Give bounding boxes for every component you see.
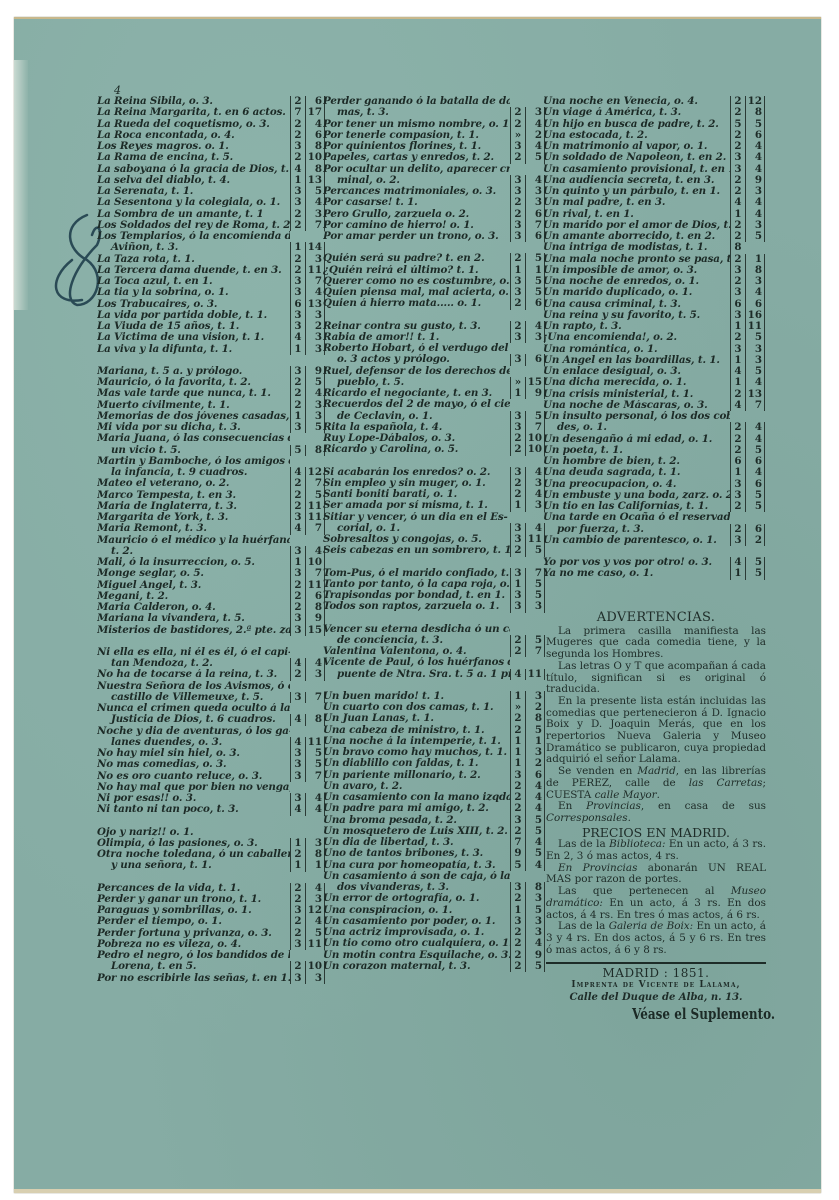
price-biblioteca: Las de la Biblioteca: En un acto, á 3 rs… — [546, 839, 766, 862]
men-count: 5 — [525, 848, 545, 859]
supplement-note: Véase el Suplemento. — [632, 1005, 775, 1023]
men-count: 3 — [525, 893, 545, 904]
letter-group-gap — [97, 872, 325, 883]
title-text: Recuerdos del 2 de mayo, ó el ciego — [323, 399, 510, 410]
list-item: Un embuste y una boda, zarz. o. 2.35 — [543, 490, 765, 501]
women-count: 3 — [290, 287, 305, 298]
title-text: Mi vida por su dicha, t. 3. — [97, 422, 290, 433]
title-text: Monge seglar, o. 5. — [97, 568, 290, 579]
list-item: La Sombra de un amante, t. 123 — [97, 209, 325, 220]
list-item-title-line: Maria Juana, ó las consecuencias de — [97, 433, 325, 444]
list-item: Monge seglar, o. 5.37 — [97, 568, 325, 579]
title-text: Seis cabezas en un sombrero, t. 1. — [323, 545, 510, 556]
title-text: Rabia de amor!! t. 1. — [323, 332, 510, 343]
notice-letters: Las letras O y T que acompañan á cada tí… — [546, 661, 766, 696]
men-count: 4 — [305, 916, 325, 927]
list-item: Una reina y su favorito, t. 5.316 — [543, 310, 765, 321]
list-item: Un viage á América, t. 3.28 — [543, 107, 765, 118]
notice-collection: En la presente lista están incluidas las… — [546, 696, 766, 766]
list-item: Un enlace desigual, o. 3.45 — [543, 366, 765, 377]
women-count: 2 — [290, 669, 305, 680]
notice-columns: La primera casilla manifiesta las Mugere… — [546, 626, 766, 661]
imprint-address: Calle del Duque de Alba, n. 13. — [546, 992, 766, 1004]
title-text: Un insulto personal, ó los dos cobar- — [543, 411, 730, 422]
title-text: Un motin contra Esquilache, o. 3. — [323, 950, 510, 961]
title-text: Mas vale tarde que nunca, t. 1. — [97, 388, 290, 399]
women-count: 3 — [290, 568, 305, 579]
text: Madrid — [637, 765, 675, 777]
list-item: Un casamiento provisional, t. en 1.34 — [543, 164, 765, 175]
title-text: Papeles, cartas y enredos, t. 2. — [323, 152, 510, 163]
list-item: Por amar perder un trono, o. 3.36 — [323, 231, 545, 242]
title-text: Un avaro, t. 2. — [323, 781, 510, 792]
list-item: La Rueda del coquetismo, o. 3.24 — [97, 119, 325, 130]
title-text: Una noche de enredos, o. 1. — [543, 276, 730, 287]
women-count: 3 — [290, 692, 305, 703]
list-item: Si acabarán los enredos? o. 2.34 — [323, 467, 545, 478]
list-item: Yo por vos y vos por otro! o. 3.45 — [543, 557, 765, 568]
title-text: Reinar contra su gusto, t. 3. — [323, 321, 510, 332]
list-item: No mas comedias, o. 3.35 — [97, 759, 325, 770]
title-text: La Rueda del coquetismo, o. 3. — [97, 119, 290, 130]
list-item: Una noche de enredos, o. 1.23 — [543, 276, 765, 287]
men-count: 7 — [305, 568, 325, 579]
list-item: Por tenerle compasion, t. 1.»2 — [323, 130, 545, 141]
list-item: Una conspiracion, o. 1.15 — [323, 905, 545, 916]
list-item: Tom-Pus, ó el marido confiado, t. 1.37 — [323, 568, 545, 579]
title-text: Perder fortuna y privanza, o. 3. — [97, 928, 290, 939]
list-item: Un pariente millonario, t. 2.36 — [323, 770, 545, 781]
men-count: 4 — [305, 804, 325, 815]
title-text: puente de Ntra. Sra. t. 5 a. 1 pról. — [323, 669, 510, 680]
women-count: 1 — [290, 860, 305, 871]
title-text: Pedro el negro, ó los bandidos de la — [97, 950, 290, 961]
price-museo: Las que pertenecen al Museo dramático: E… — [546, 886, 766, 921]
men-count: 10 — [525, 444, 545, 455]
title-text: Mateo el veterano, o. 2. — [97, 478, 290, 489]
list-item: Una audiencia secreta, t. en 3.29 — [543, 175, 765, 186]
men-count: 9 — [305, 613, 325, 624]
men-count: 8 — [745, 107, 765, 118]
text: . — [628, 812, 631, 824]
list-item: Un mosquetero de Luis XIII, t. 2.25 — [323, 826, 545, 837]
list-item: Los Soldados del rey de Roma, t. 2.27 — [97, 220, 325, 231]
title-text: Una intriga de modistas, t. 1. — [543, 242, 730, 253]
title-text: Quien piensa mal, mal acierta, o. 3. — [323, 287, 510, 298]
list-item: Miguel Angel, t. 3.211 — [97, 580, 325, 591]
title-text: La selva del diablo, t. 4. — [97, 175, 290, 186]
women-count: 4 — [730, 400, 745, 411]
title-text: lanes duendes, o. 3. — [97, 737, 290, 748]
title-text: Querer como no es costumbre, o. 4. — [323, 276, 510, 287]
list-item: Un tio como otro cualquiera, o. 1.24 — [323, 938, 545, 949]
women-count: 4 — [730, 197, 745, 208]
title-text: Un casamiento con la mano izqda. t. 2 — [323, 792, 510, 803]
list-item: La Serenata, t. 1.35 — [97, 186, 325, 197]
list-item: No ha de tocarse á la reina, t. 3.23 — [97, 669, 325, 680]
men-count: 5 — [745, 501, 765, 512]
list-item: Uno de tantos bribones, t. 3.95 — [323, 848, 545, 859]
women-count: 2 — [730, 332, 745, 343]
title-text: Un tio en las Californias, t. 1. — [543, 501, 730, 512]
list-item-title-line: Nunca el crimen queda oculto á la — [97, 703, 325, 714]
list-item: castillo de Villemeuxe, t. 5.37 — [97, 692, 325, 703]
letter-group-gap — [543, 546, 765, 557]
title-text: Sin empleo y sin muger, o. 1. — [323, 478, 510, 489]
list-item: Un padre para mi amigo, t. 2.24 — [323, 803, 545, 814]
list-item: Ya no me caso, o. 1.15 — [543, 568, 765, 579]
list-item: Un hijo en busca de padre, t. 2.55 — [543, 119, 765, 130]
title-text: Un bravo como hay muchos, t. 1. — [323, 747, 510, 758]
women-count: 2 — [510, 938, 525, 949]
title-text: Por no escribirle las señas, t. en 1. — [97, 973, 290, 984]
title-text: Aviñon, t. 3. — [97, 242, 290, 253]
title-text: Una audiencia secreta, t. en 3. — [543, 175, 730, 186]
title-text: t. 2. — [97, 546, 290, 557]
text: . — [657, 789, 660, 801]
title-text: Un rapto, t. 3. — [543, 321, 730, 332]
list-item: Pobreza no es vileza, o. 4.311 — [97, 939, 325, 950]
list-item: Un cuarto con dos camas, t. 1.»2 — [323, 702, 545, 713]
women-count: 2 — [730, 501, 745, 512]
title-text: Un cuarto con dos camas, t. 1. — [323, 702, 510, 713]
list-item: La Sesentona y la colegiala, o. 1.34 — [97, 197, 325, 208]
list-item: La tia y la sobrina, o. 1.34 — [97, 287, 325, 298]
women-count: 5 — [290, 445, 305, 456]
title-text: Por tenerle compasion, t. 1. — [323, 130, 510, 141]
title-text: Santi boniti barati, o. 1. — [323, 489, 510, 500]
title-text: No mas comedias, o. 3. — [97, 759, 290, 770]
list-item: Misterios de bastidores, 2.ª pte. zar. 1… — [97, 625, 325, 636]
notice-provinces-sales: En Provincias, en casa de sus Correspons… — [546, 801, 766, 824]
women-count: 4 — [290, 332, 305, 343]
women-count: 2 — [510, 298, 525, 309]
list-item: Perder fortuna y privanza, o. 3.25 — [97, 928, 325, 939]
men-count: 3 — [305, 344, 325, 355]
list-item: Un desengaño á mi edad, o. 1.24 — [543, 434, 765, 445]
title-text: corial, o. 1. — [323, 523, 510, 534]
text: Corresponsales — [546, 812, 628, 824]
list-item: Margarita de York, t. 3.311 — [97, 512, 325, 523]
list-item: pueblo, t. 5.»15 — [323, 377, 545, 388]
title-text: mas, t. 3. — [323, 107, 510, 118]
title-text: Maria Juana, ó las consecuencias de — [97, 433, 290, 444]
list-item: Un Angel en las boardillas, t. 1.13 — [543, 355, 765, 366]
list-item: La Toca azul, t. en 1.37 — [97, 276, 325, 287]
women-count: 1 — [510, 388, 525, 399]
women-count: 3 — [730, 287, 745, 298]
list-item-title-line: Vicente de Paul, ó los huérfanos del — [323, 657, 545, 668]
text: Las de la — [558, 838, 609, 850]
advertencias-heading: ADVERTENCIAS. — [546, 612, 766, 624]
title-text: Una cura por homeopatía, t. 3. — [323, 860, 510, 871]
title-text: Uno de tantos bribones, t. 3. — [323, 848, 510, 859]
men-count: 4 — [305, 388, 325, 399]
title-text: Un embuste y una boda, zarz. o. 2. — [543, 490, 730, 501]
title-text: Un error de ortografía, o. 1. — [323, 893, 510, 904]
title-text: Un casamiento á son de caja, ó las — [323, 871, 510, 882]
list-item: Memorias de dos jóvenes casadas, t. 113 — [97, 411, 325, 422]
list-item: Un amante aborrecido, t. en 2.25 — [543, 231, 765, 242]
list-item: Rabia de amor!! t. 1.33 — [323, 332, 545, 343]
list-item: Quien piensa mal, mal acierta, o. 3.35 — [323, 287, 545, 298]
title-text: La Viuda de 15 años, t. 1. — [97, 321, 290, 332]
men-count: 6 — [525, 231, 545, 242]
list-item: Una mala noche pronto se pasa, t. 121 — [543, 254, 765, 265]
women-count: 4 — [510, 669, 525, 680]
list-item: des, o. 1.24 — [543, 422, 765, 433]
list-item-title-line: Una tarde en Ocaña ó el reservado — [543, 512, 765, 523]
list-item-title-line: Mauricio ó el médico y la huérfana, — [97, 535, 325, 546]
women-count: 8 — [730, 242, 745, 253]
title-text: Perder ganando ó la batalla de da- — [323, 96, 510, 107]
title-text: Una tarde en Ocaña ó el reservado — [543, 512, 730, 523]
title-text: Maria Calderon, o. 4. — [97, 602, 290, 613]
women-count: 2 — [290, 220, 305, 231]
title-text: Sitiar y vencer, ó un dia en el Es- — [323, 512, 510, 523]
title-text: Percances matrimoniales, o. 3. — [323, 186, 510, 197]
men-count: 8 — [525, 713, 545, 724]
title-text: No ha de tocarse á la reina, t. 3. — [97, 669, 290, 680]
title-text: La Reina Sibila, o. 3. — [97, 96, 290, 107]
list-item: La Roca encontada, o. 4.26 — [97, 130, 325, 141]
men-count: 2 — [525, 758, 545, 769]
title-text: Martin y Bamboche, ó los amigos de — [97, 456, 290, 467]
title-text: Perder y ganar un trono, t. 1. — [97, 894, 290, 905]
women-count: 2 — [510, 646, 525, 657]
men-count: 5 — [745, 231, 765, 242]
title-text: Una crisis ministerial, t. 1. — [543, 389, 730, 400]
men-count: 7 — [525, 646, 545, 657]
price-provinces: En Provincias abonarán UN REAL MAS por r… — [546, 863, 766, 886]
title-text: de Ceclavin, o. 1. — [323, 411, 510, 422]
title-text: Un enlace desigual, o. 3. — [543, 366, 730, 377]
price-galeria: Las de la Galeria de Boix: En un acto, á… — [546, 921, 766, 956]
women-count: 4 — [290, 804, 305, 815]
title-text: Por amar perder un trono, o. 3. — [323, 231, 510, 242]
title-text: Paraguas y sombrillas, o. 1. — [97, 905, 290, 916]
list-item: Reinar contra su gusto, t. 3.24 — [323, 321, 545, 332]
list-item: Olimpia, ó las pasiones, o. 3.13 — [97, 838, 325, 849]
list-item: La vida por partida doble, t. 1.33 — [97, 310, 325, 321]
title-text: Un marido por el amor de Dios, t. 1. — [543, 220, 730, 231]
title-text: Un mal padre, t. en 3. — [543, 197, 730, 208]
list-item-title-line: Noche y dia de aventuras, ó los ga- — [97, 726, 325, 737]
title-text: Un dia de libertad, t. 3. — [323, 837, 510, 848]
list-item: Un imposible de amor, o. 3.38 — [543, 265, 765, 276]
title-text: La Sesentona y la colegiala, o. 1. — [97, 197, 290, 208]
title-text: La Rama de encina, t. 5. — [97, 152, 290, 163]
list-item: corial, o. 1.34 — [323, 523, 545, 534]
men-count: 7 — [305, 220, 325, 231]
list-item: Mas vale tarde que nunca, t. 1.24 — [97, 388, 325, 399]
title-text: Una noche de Máscaras, o. 3. — [543, 400, 730, 411]
women-count: 3 — [290, 613, 305, 624]
women-count: 2 — [510, 545, 525, 556]
title-text: minal, o. 2. — [323, 175, 510, 186]
list-item: Un soldado de Napoleon, t. en 2.34 — [543, 152, 765, 163]
title-text: Un rival, t. en 1. — [543, 209, 730, 220]
text: En — [558, 800, 586, 812]
women-count: 2 — [510, 197, 525, 208]
women-count: 2 — [290, 478, 305, 489]
title-text: Quien á hierro mata..... o. 1. — [323, 298, 510, 309]
women-count: 2 — [510, 253, 525, 264]
title-text: y una señora, t. 1. — [97, 860, 290, 871]
title-text: Memorias de dos jóvenes casadas, t. 1 — [97, 411, 290, 422]
title-text: La Reina Margarita, t. en 6 actos. — [97, 107, 290, 118]
list-item: No hay miel sin hiel, o. 3.35 — [97, 748, 325, 759]
list-item: Ruy Lope-Dábalos, o. 3.210 — [323, 433, 545, 444]
list-item-title-line: Nuestra Señora de los Avismos, ó el — [97, 681, 325, 692]
list-item: Por tener un mismo nombre, o. 1.24 — [323, 119, 545, 130]
letter-group-gap — [323, 456, 545, 467]
list-item: La Viuda de 15 años, t. 1.32 — [97, 321, 325, 332]
men-count: 7 — [305, 523, 325, 534]
list-item: Una romántica, o. 1.33 — [543, 344, 765, 355]
title-column-2: Perder ganando ó la batalla de da-mas, t… — [323, 96, 545, 972]
list-item: minal, o. 2.34 — [323, 175, 545, 186]
list-item: Un motin contra Esquilache, o. 3.29 — [323, 950, 545, 961]
letter-group-gap — [97, 636, 325, 647]
text: Provincias — [586, 800, 641, 812]
men-count: 7 — [305, 771, 325, 782]
list-item: Un dia de libertad, t. 3.74 — [323, 837, 545, 848]
list-item: La Reina Margarita, t. en 6 actos.717 — [97, 107, 325, 118]
title-text: Sobresaltos y congojas, o. 5. — [323, 534, 510, 545]
women-count: 3 — [510, 332, 525, 343]
list-item: Por casarse! t. 1.23 — [323, 197, 545, 208]
title-text: Por casarse! t. 1. — [323, 197, 510, 208]
title-text: Tom-Pus, ó el marido confiado, t. 1. — [323, 568, 510, 579]
men-count: 14 — [305, 242, 325, 253]
women-count: 2 — [510, 444, 525, 455]
list-item-title-line: Ni ella es ella, ni él es él, ó el capi- — [97, 647, 325, 658]
men-count: 17 — [305, 107, 325, 118]
men-count: 3 — [305, 973, 325, 984]
title-text: Maria Remont, t. 3. — [97, 523, 290, 534]
letter-group-gap — [323, 680, 545, 691]
list-item: Una causa criminal, t. 3.66 — [543, 299, 765, 310]
list-item: Una intriga de modistas, t. 1.8 — [543, 242, 765, 253]
precios-heading: PRECIOS EN MADRID. — [546, 827, 766, 839]
men-count: 5 — [525, 152, 545, 163]
women-count: 3 — [290, 197, 305, 208]
title-text: Otra noche toledana, ó un caballero — [97, 849, 290, 860]
title-text: Un pariente millonario, t. 2. — [323, 770, 510, 781]
title-text: Un Angel en las boardillas, t. 1. — [543, 355, 730, 366]
title-text: Olimpia, ó las pasiones, o. 3. — [97, 838, 290, 849]
women-count: 1 — [730, 377, 745, 388]
women-count: 3 — [510, 354, 525, 365]
list-item: Ricardo y Carolina, o. 5.210 — [323, 444, 545, 455]
list-item: Otra noche toledana, ó un caballero28 — [97, 849, 325, 860]
list-item: Un casamiento con la mano izqda. t. 224 — [323, 792, 545, 803]
list-item: Sobresaltos y congojas, o. 5.311 — [323, 534, 545, 545]
title-text: Justicia de Dios, t. 6 cuadros. — [97, 714, 290, 725]
list-item: La viva y la difunta, t. 1.13 — [97, 344, 325, 355]
list-item: Justicia de Dios, t. 6 cuadros.48 — [97, 714, 325, 725]
title-text: No es oro cuanto reluce, o. 3. — [97, 771, 290, 782]
title-text: Un amante aborrecido, t. en 2. — [543, 231, 730, 242]
list-item: Mariana la vivandera, t. 5.39 — [97, 613, 325, 624]
title-text: Yo por vos y vos por otro! o. 3. — [543, 557, 730, 568]
list-item: Un matrimonio al vapor, o. 1.24 — [543, 141, 765, 152]
list-item: Los Trabucaires, o. 3.613 — [97, 299, 325, 310]
women-count: 2 — [510, 152, 525, 163]
men-count: 5 — [745, 568, 765, 579]
list-item: Mali, ó la insurreccion, o. 5.110 — [97, 557, 325, 568]
title-text: La Victima de una vision, t. 1. — [97, 332, 290, 343]
list-item: tan Mendoza, t. 2.44 — [97, 658, 325, 669]
list-item: La saboyana ó la gracia de Dios, t. 448 — [97, 164, 325, 175]
men-count: 4 — [525, 938, 545, 949]
men-count: 3 — [305, 669, 325, 680]
title-text: Todos son raptos, zarzuela o. 1. — [323, 601, 510, 612]
title-text: Tanto por tanto, ó la capa roja, o. 1. — [323, 579, 510, 590]
list-item-title-line: Ruel, defensor de los derechos del — [323, 366, 545, 377]
title-text: des, o. 1. — [543, 422, 730, 433]
women-count: 2 — [510, 713, 525, 724]
list-item: Un cambio de parentesco, o. 1.32 — [543, 535, 765, 546]
text: calle Mayor — [595, 789, 657, 801]
women-count: 3 — [290, 771, 305, 782]
women-count: 2 — [290, 961, 305, 972]
title-text: Pobreza no es vileza, o. 4. — [97, 939, 290, 950]
title-text: Una preocupacion, o. 4. — [543, 479, 730, 490]
men-count: 3 — [305, 332, 325, 343]
list-item-title-line: Por ocultar un delito, aparecer cri- — [323, 164, 545, 175]
title-text: Ojo y nariz!! o. 1. — [97, 827, 290, 838]
men-count: 6 — [525, 298, 545, 309]
women-count: 2 — [510, 107, 525, 118]
letter-group-gap — [323, 613, 545, 624]
list-item: Tanto por tanto, ó la capa roja, o. 1.15 — [323, 579, 545, 590]
title-text: Nunca el crimen queda oculto á la — [97, 703, 290, 714]
list-item: Mateo el veterano, o. 2.27 — [97, 478, 325, 489]
title-text: Por quinientos florines, t. 1. — [323, 141, 510, 152]
list-item: Un bravo como hay muchos, t. 1.13 — [323, 747, 545, 758]
title-text: Los Trabucaires, o. 3. — [97, 299, 290, 310]
list-item: t. 2.34 — [97, 546, 325, 557]
title-text: Una romántica, o. 1. — [543, 344, 730, 355]
divider — [546, 962, 766, 964]
list-item: mas, t. 3.23 — [323, 107, 545, 118]
women-count: 3 — [290, 422, 305, 433]
list-item: de Ceclavin, o. 1.35 — [323, 411, 545, 422]
women-count: 1 — [730, 568, 745, 579]
title-column-3: Una noche en Venecia, o. 4.212Un viage á… — [543, 96, 765, 580]
title-text: Nuestra Señora de los Avismos, ó el — [97, 681, 290, 692]
title-text: Una reina y su favorito, t. 5. — [543, 310, 730, 321]
list-item: Maria Remont, t. 3.47 — [97, 523, 325, 534]
title-text: La Taza rota, t. 1. — [97, 254, 290, 265]
title-text: La Sombra de un amante, t. 1 — [97, 209, 290, 220]
list-item-title-line: Recuerdos del 2 de mayo, ó el ciego — [323, 399, 545, 410]
men-count: 7 — [745, 400, 765, 411]
title-text: Por tener un mismo nombre, o. 1. — [323, 119, 510, 130]
title-text: La Roca encontada, o. 4. — [97, 130, 290, 141]
title-text: dos vivanderas, t. 3. — [323, 882, 510, 893]
women-count: 3 — [730, 152, 745, 163]
list-item: Una noche de Máscaras, o. 3.47 — [543, 400, 765, 411]
list-item-title-line: Los Templarios, ó la encomienda de — [97, 231, 325, 242]
list-item: Una estocada, t. 2.26 — [543, 130, 765, 141]
text: las Carretas — [689, 777, 763, 789]
title-text: No hay miel sin hiel, o. 3. — [97, 748, 290, 759]
title-text: Roberto Hobart, ó el verdugo del rey, — [323, 343, 510, 354]
list-item: Trapisondas por bondad, t. en 1.35 — [323, 590, 545, 601]
